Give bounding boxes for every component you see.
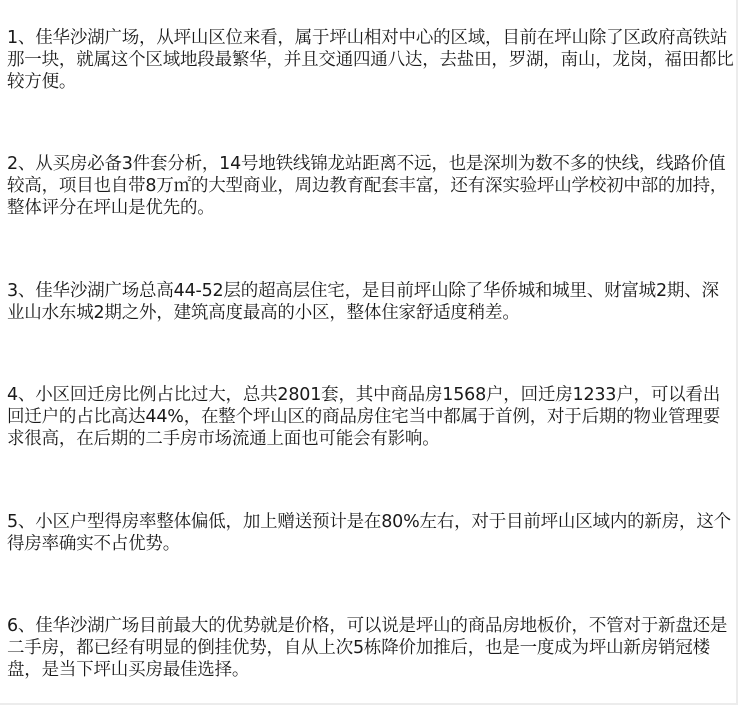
paragraph-4: 4、小区回迁房比例占比过大，总共2801套，其中商品房1568户，回迁房1233…: [7, 384, 735, 450]
paragraph-3: 3、佳华沙湖广场总高44-52层的超高层住宅，是目前坪山除了华侨城和城里、财富城…: [7, 280, 735, 324]
paragraph-2: 2、从买房必备3件套分析，14号地铁线锦龙站距离不远，也是深圳为数不多的快线，线…: [7, 153, 735, 219]
paragraph-5: 5、小区户型得房率整体偏低，加上赠送预计是在80%左右，对于目前坪山区域内的新房…: [7, 511, 735, 555]
paragraph-6: 6、佳华沙湖广场目前最大的优势就是价格，可以说是坪山的商品房地板价，不管对于新盘…: [7, 615, 735, 681]
paragraph-1: 1、佳华沙湖广场，从坪山区位来看，属于坪山相对中心的区域，目前在坪山除了区政府高…: [7, 27, 735, 93]
document-page: 1、佳华沙湖广场，从坪山区位来看，属于坪山相对中心的区域，目前在坪山除了区政府高…: [0, 0, 738, 705]
